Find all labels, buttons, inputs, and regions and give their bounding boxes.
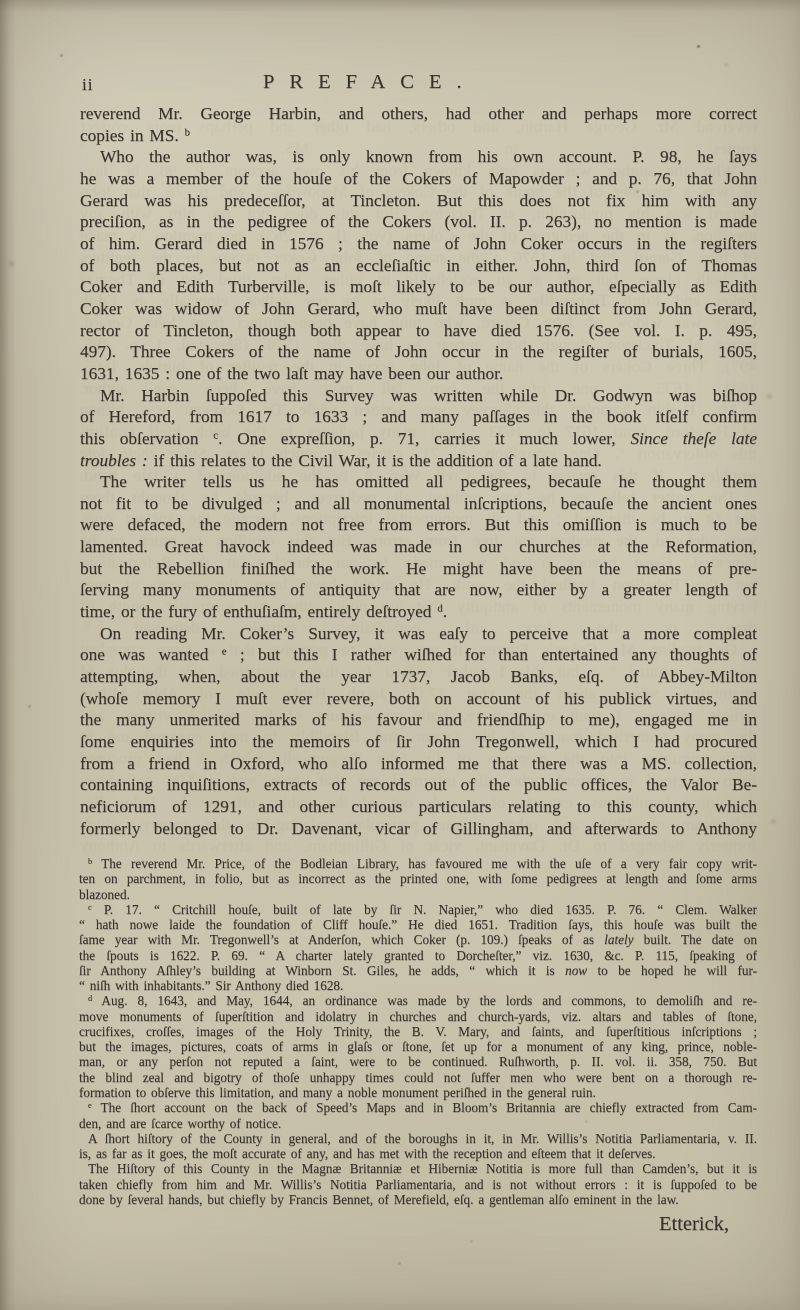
text-line: Mr. Harbin ſuppoſed this Survey was writ… xyxy=(80,385,757,407)
text-line: c P. 17. “ Critchill houſe, built of lat… xyxy=(79,902,757,917)
text-line: time, or the fury of enthuſiaſm, entirel… xyxy=(80,601,757,623)
text-line: b The reverend Mr. Price, of the Bodleia… xyxy=(79,856,757,871)
text-line: but the Rebellion finiſhed the work. He … xyxy=(80,558,757,580)
text-line: “ niſh with inhabitants.” Sir Anthony di… xyxy=(79,978,757,993)
text-line: he was a member of the houſe of the Coke… xyxy=(80,168,757,190)
text-line: copies in MS. b xyxy=(80,125,757,147)
text-line: ſerving many monuments of antiquity that… xyxy=(80,579,757,601)
text-line: Coker and Edith Turberville, is moſt lik… xyxy=(80,276,757,298)
text-line: of him. Gerard died in 1576 ; the name o… xyxy=(80,233,757,255)
text-line: neficiorum of 1291, and other curious pa… xyxy=(80,796,757,818)
text-line: this obſervation c. One expreſſion, p. 7… xyxy=(80,428,757,450)
text-line: ſir Anthony Aſhley’s building at Winborn… xyxy=(79,963,757,978)
text-line: formation to obſerve this limitation, an… xyxy=(79,1085,757,1100)
paragraph: Mr. Harbin ſuppoſed this Survey was writ… xyxy=(80,385,757,472)
paragraph: e The ſhort account on the back of Speed… xyxy=(79,1100,757,1131)
text-line: is, as far as it goes, the moſt accurate… xyxy=(79,1146,757,1161)
text-line: reverend Mr. George Harbin, and others, … xyxy=(80,103,757,125)
page-number: ii xyxy=(82,75,93,95)
text-line: the ſpouts is 1622. P. 69. “ A charter l… xyxy=(79,948,757,963)
paragraph: b The reverend Mr. Price, of the Bodleia… xyxy=(79,856,757,902)
text-line: d Aug. 8, 1643, and May, 1644, an ordina… xyxy=(79,993,757,1008)
paragraph: Who the author was, is only known from h… xyxy=(80,146,757,384)
text-line: A ſhort hiſtory of the County in general… xyxy=(79,1131,757,1146)
text-line: of Hereford, from 1617 to 1633 ; and man… xyxy=(80,406,757,428)
page-gutter-shadow xyxy=(0,0,16,1310)
paragraph: The writer tells us he has omitted all p… xyxy=(80,471,757,623)
text-line: but the images, pictures, coats of arms … xyxy=(79,1039,757,1054)
text-line: The Hiſtory of this County in the Magnæ … xyxy=(79,1161,757,1176)
text-line: den, and are ſcarce worthy of notice. xyxy=(79,1116,757,1131)
preface-body-text: reverend Mr. George Harbin, and others, … xyxy=(80,103,757,839)
text-line: Who the author was, is only known from h… xyxy=(80,146,757,168)
paragraph: On reading Mr. Coker’s Survey, it was ea… xyxy=(80,623,757,840)
paragraph: A ſhort hiſtory of the County in general… xyxy=(79,1131,757,1162)
text-line: preciſion, as in the pedigree of the Cok… xyxy=(80,211,757,233)
text-line: from a friend in Oxford, who alſo inform… xyxy=(80,753,757,775)
text-line: were defaced, the modern not free from e… xyxy=(80,514,757,536)
text-line: of both places, but not as an eccleſiaſt… xyxy=(80,255,757,277)
text-line: 497). Three Cokers of the name of John o… xyxy=(80,341,757,363)
text-line: Gerard was his predeceſſor, at Tincleton… xyxy=(80,190,757,212)
text-line: rector of Tincleton, though both appear … xyxy=(80,320,757,342)
text-line: taken chiefly from him and Mr. Willis’s … xyxy=(79,1177,757,1192)
text-line: one was wanted e ; but this I rather wiſ… xyxy=(80,644,757,666)
text-line: lamented. Great havock indeed was made i… xyxy=(80,536,757,558)
paragraph: The Hiſtory of this County in the Magnæ … xyxy=(79,1161,757,1207)
text-line: “ hath nowe laide the foundation of Clif… xyxy=(79,917,757,932)
paragraph: reverend Mr. George Harbin, and others, … xyxy=(80,103,757,146)
paragraph: c P. 17. “ Critchill houſe, built of lat… xyxy=(79,902,757,994)
text-line: man, or any perſon not reputed a ſaint, … xyxy=(79,1054,757,1069)
foxing-specks xyxy=(0,0,3,3)
text-line: On reading Mr. Coker’s Survey, it was ea… xyxy=(80,623,757,645)
catchword: Etterick, xyxy=(659,1213,729,1236)
text-line: not fit to be divulged ; and all monumen… xyxy=(80,493,757,515)
running-title: PREFACE. xyxy=(263,71,477,94)
text-line: done by ſeveral hands, but chiefly by Fr… xyxy=(79,1192,757,1207)
text-line: 1631, 1635 : one of the two laſt may hav… xyxy=(80,363,757,385)
text-line: blazoned. xyxy=(79,887,757,902)
text-line: the blind zeal and bigotry of thoſe unha… xyxy=(79,1070,757,1085)
page-top-shadow xyxy=(0,0,800,12)
text-line: ſame year with Mr. Tregonwell’s at Ander… xyxy=(79,932,757,947)
footnotes: b The reverend Mr. Price, of the Bodleia… xyxy=(79,856,757,1207)
text-line: e The ſhort account on the back of Speed… xyxy=(79,1100,757,1115)
book-page: reverend Mr. George Harbin, and others, … xyxy=(0,0,800,1310)
text-line: ſome enquiries into the memoirs of ſir J… xyxy=(80,731,757,753)
paragraph: d Aug. 8, 1643, and May, 1644, an ordina… xyxy=(79,993,757,1100)
text-line: The writer tells us he has omitted all p… xyxy=(80,471,757,493)
text-line: troubles : if this relates to the Civil … xyxy=(80,450,757,472)
running-head: ii PREFACE. xyxy=(80,71,750,99)
text-line: containing inquiſitions, extracts of rec… xyxy=(80,774,757,796)
text-line: move monuments of ſuperſtition and idola… xyxy=(79,1009,757,1024)
text-line: attempting, when, about the year 1737, J… xyxy=(80,666,757,688)
text-line: formerly belonged to Dr. Davenant, vicar… xyxy=(80,818,757,840)
text-line: crucifixes, croſſes, images of the Holy … xyxy=(79,1024,757,1039)
text-line: Coker was widow of John Gerard, who muſt… xyxy=(80,298,757,320)
text-line: (whoſe memory I muſt ever revere, both o… xyxy=(80,688,757,710)
text-line: ten on parchment, in folio, but as incor… xyxy=(79,871,757,886)
text-line: the many unmerited marks of his favour a… xyxy=(80,709,757,731)
